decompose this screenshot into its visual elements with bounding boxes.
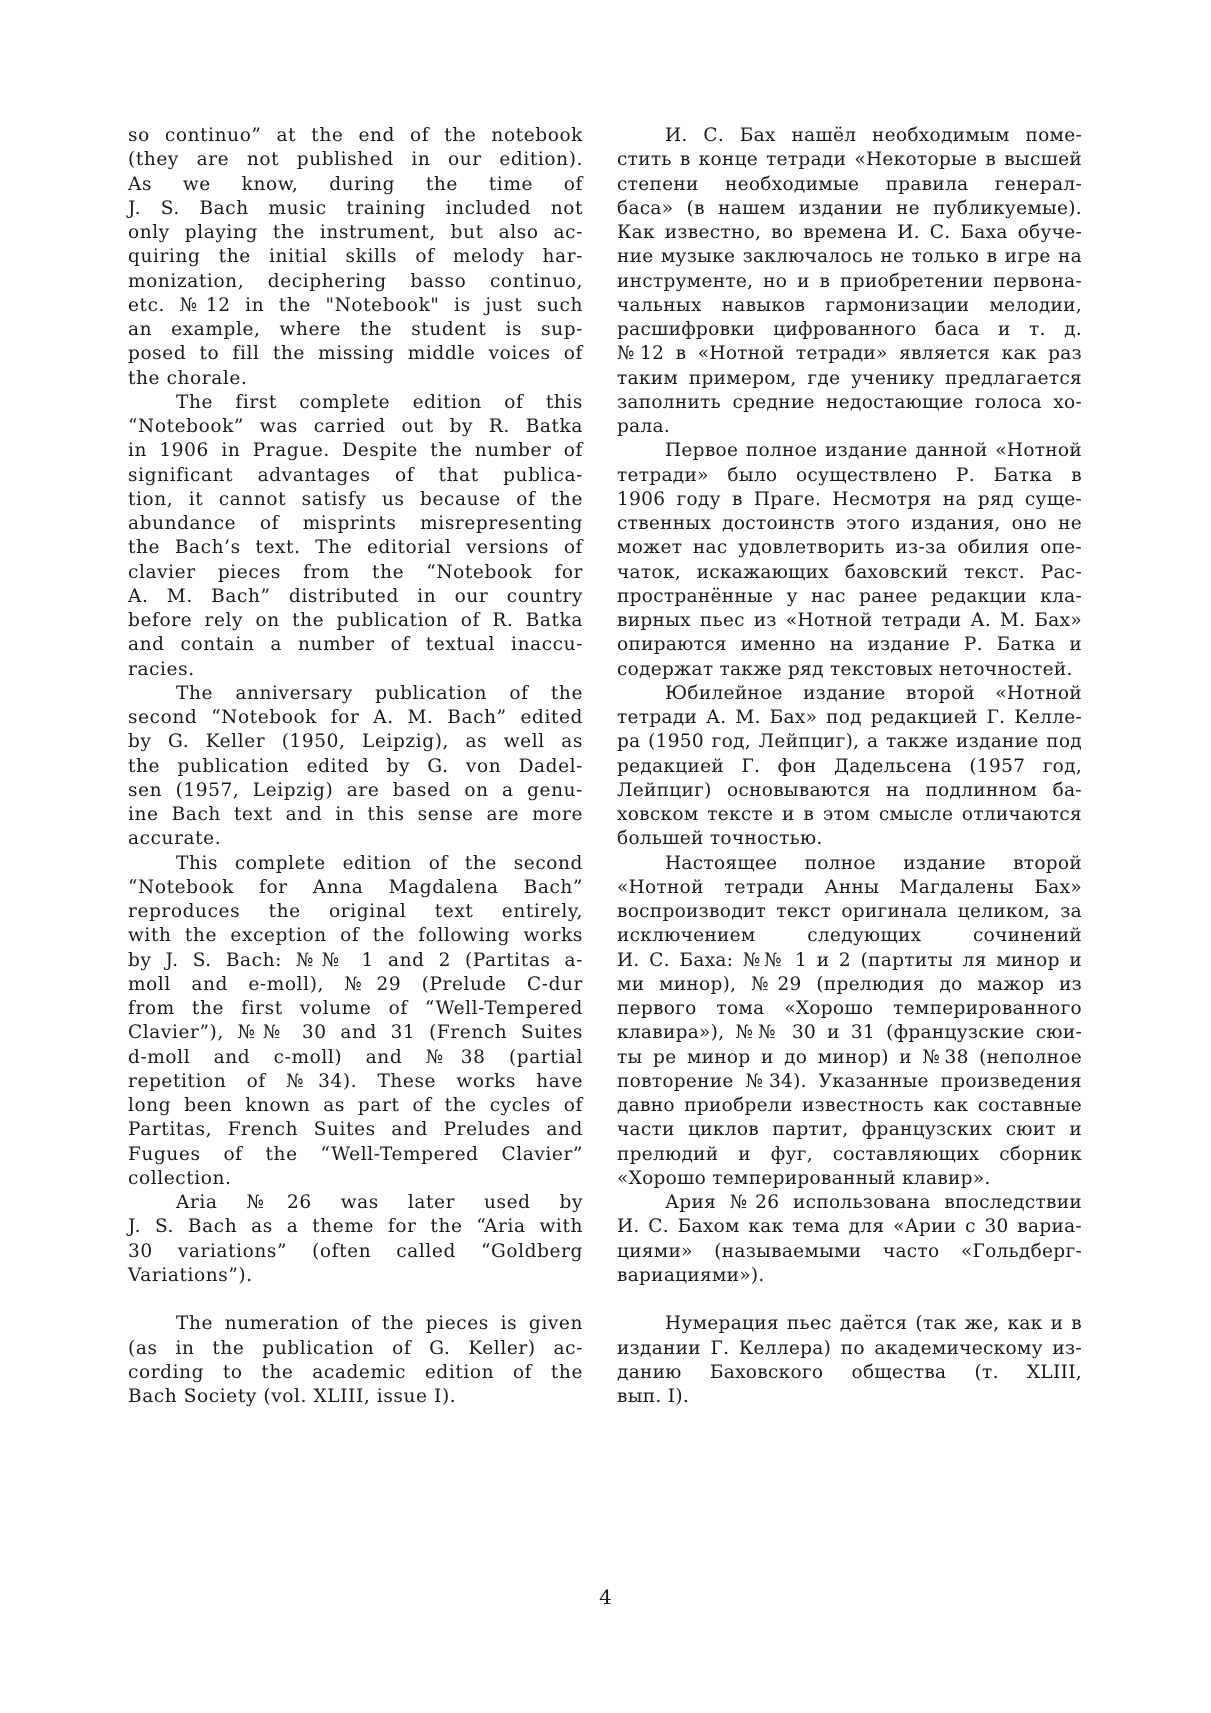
text-line: in 1906 in Prague. Despite the number of <box>128 439 583 463</box>
text-line: with the exception of the following work… <box>128 924 583 948</box>
text-line: чальных навыков гармонизации мелодии, <box>617 294 1082 318</box>
text-line: «Нотной тетради Анны Магдалены Бах» <box>617 876 1082 900</box>
page-number: 4 <box>0 1585 1211 1609</box>
text-line: данию Баховского общества (т. XLIII, <box>617 1361 1082 1385</box>
text-line: Первое полное издание данной «Нотной <box>617 439 1082 463</box>
text-line: clavier pieces from the “Notebook for <box>128 561 583 585</box>
text-line: И. С. Бах нашёл необходимым поме- <box>617 124 1082 148</box>
text-line: abundance of misprints misrepresenting <box>128 512 583 536</box>
text-line: significant advantages of that publica- <box>128 464 583 488</box>
text-line: repetition of №34). These works have <box>128 1070 583 1094</box>
text-line: Variations”). <box>128 1264 583 1288</box>
text-line: пространённые у нас ранее редакции кла- <box>617 585 1082 609</box>
text-line: давно приобрели известность как составны… <box>617 1094 1082 1118</box>
text-line: by J. S. Bach: №№ 1 and 2 (Partitas a- <box>128 949 583 973</box>
text-line: части циклов партит, французских сюит и <box>617 1118 1082 1142</box>
text-line: Ария №26 использована впоследствии <box>617 1191 1082 1215</box>
text-line: The anniversary publication of the <box>128 682 583 706</box>
text-line: the chorale. <box>128 367 583 391</box>
text-line: вариациями»). <box>617 1264 1082 1288</box>
text-line: «Хорошо темперированный клавир». <box>617 1167 1082 1191</box>
text-line: Bach Society (vol. XLIII, issue I). <box>128 1385 583 1409</box>
text-line: by G. Keller (1950, Leipzig), as well as <box>128 730 583 754</box>
text-line: редакцией Г. фон Дадельсена (1957 год, <box>617 755 1082 779</box>
text-line: reproduces the original text entirely, <box>128 900 583 924</box>
text-line: ты ре минор и до минор) и №38 (неполное <box>617 1046 1082 1070</box>
document-page: so continuo” at the end of the notebook(… <box>0 0 1211 1713</box>
text-line: ра (1950 год, Лейпциг), а также издание … <box>617 730 1082 754</box>
text-line: cording to the academic edition of the <box>128 1361 583 1385</box>
text-line: an example, where the student is sup- <box>128 318 583 342</box>
paragraph-gap <box>128 1288 583 1312</box>
text-line: ние музыке заключалось не только в игре … <box>617 245 1082 269</box>
text-line: the publication edited by G. von Dadel- <box>128 755 583 779</box>
text-line: Clavier”), №№ 30 and 31 (French Suites <box>128 1021 583 1045</box>
text-line: second “Notebook for A. M. Bach” edited <box>128 706 583 730</box>
text-line: As we know, during the time of <box>128 173 583 197</box>
text-line: “Notebook for Anna Magdalena Bach” <box>128 876 583 900</box>
text-line: клавира»), №№ 30 и 31 (французские сюи- <box>617 1021 1082 1045</box>
text-line: tion, it cannot satisfy us because of th… <box>128 488 583 512</box>
text-line: quiring the initial skills of melody har… <box>128 245 583 269</box>
text-line: исключением следующих сочинений <box>617 924 1082 948</box>
text-line: 30 variations” (often called “Goldberg <box>128 1240 583 1264</box>
text-line: and contain a number of textual inaccu- <box>128 633 583 657</box>
english-text-column: so continuo” at the end of the notebook(… <box>128 124 583 1409</box>
text-line: only playing the instrument, but also ac… <box>128 221 583 245</box>
text-line: издании Г. Келлера) по академическому из… <box>617 1337 1082 1361</box>
text-line: рала. <box>617 415 1082 439</box>
text-line: опираются именно на издание Р. Батка и <box>617 633 1082 657</box>
text-line: может нас удовлетворить из-за обилия опе… <box>617 536 1082 560</box>
text-line: стить в конце тетради «Некоторые в высше… <box>617 148 1082 172</box>
text-line: расшифровки цифрованного баса и т. д. <box>617 318 1082 342</box>
text-line: d-moll and c-moll) and №38 (partial <box>128 1046 583 1070</box>
text-line: racies. <box>128 658 583 682</box>
text-line: таким примером, где ученику предлагается <box>617 367 1082 391</box>
text-line: Fugues of the “Well-Tempered Clavier” <box>128 1143 583 1167</box>
text-line: sen (1957, Leipzig) are based on a genu- <box>128 779 583 803</box>
text-line: collection. <box>128 1167 583 1191</box>
text-line: тетради» было осуществлено Р. Батка в <box>617 464 1082 488</box>
text-line: воспроизводит текст оригинала целиком, з… <box>617 900 1082 924</box>
text-line: etc. №12 in the "Notebook" is just such <box>128 294 583 318</box>
text-line: большей точностью. <box>617 827 1082 851</box>
text-line: вирных пьес из «Нотной тетради А. М. Бах… <box>617 609 1082 633</box>
text-line: содержат также ряд текстовых неточностей… <box>617 658 1082 682</box>
text-line: И. С. Баха: №№ 1 и 2 (партиты ля минор и <box>617 949 1082 973</box>
text-line: циями» (называемыми часто «Гольдберг- <box>617 1240 1082 1264</box>
text-line: чаток, искажающих баховский текст. Рас- <box>617 561 1082 585</box>
text-line: баса» (в нашем издании не публикуемые). <box>617 197 1082 221</box>
text-line: This complete edition of the second <box>128 852 583 876</box>
text-line: long been known as part of the cycles of <box>128 1094 583 1118</box>
text-line: Лейпциг) основываются на подлинном ба- <box>617 779 1082 803</box>
text-line: The numeration of the pieces is given <box>128 1312 583 1336</box>
text-line: so continuo” at the end of the notebook <box>128 124 583 148</box>
text-line: before rely on the publication of R. Bat… <box>128 609 583 633</box>
text-line: Как известно, во времена И. С. Баха обуч… <box>617 221 1082 245</box>
text-line: from the first volume of “Well-Tempered <box>128 997 583 1021</box>
text-line: №12 в «Нотной тетради» является как раз <box>617 342 1082 366</box>
text-line: вып. I). <box>617 1385 1082 1409</box>
text-line: 1906 году в Праге. Несмотря на ряд суще- <box>617 488 1082 512</box>
text-line: И. С. Бахом как тема для «Арии с 30 вари… <box>617 1215 1082 1239</box>
text-line: ми минор), №29 (прелюдия до мажор из <box>617 973 1082 997</box>
text-line: повторение №34). Указанные произведения <box>617 1070 1082 1094</box>
text-line: monization, deciphering basso continuo, <box>128 270 583 294</box>
text-line: J. S. Bach as a theme for the “Aria with <box>128 1215 583 1239</box>
text-line: Настоящее полное издание второй <box>617 852 1082 876</box>
text-line: прелюдий и фуг, составляющих сборник <box>617 1143 1082 1167</box>
text-line: J. S. Bach music training included not <box>128 197 583 221</box>
text-line: Юбилейное издание второй «Нотной <box>617 682 1082 706</box>
text-line: the Bach’s text. The editorial versions … <box>128 536 583 560</box>
text-line: тетради А. М. Бах» под редакцией Г. Келл… <box>617 706 1082 730</box>
text-line: инструменте, но и в приобретении первона… <box>617 270 1082 294</box>
text-line: заполнить средние недостающие голоса хо- <box>617 391 1082 415</box>
text-line: moll and e-moll), №29 (Prelude C-dur <box>128 973 583 997</box>
text-line: accurate. <box>128 827 583 851</box>
text-line: Нумерация пьес даётся (так же, как и в <box>617 1312 1082 1336</box>
text-line: Partitas, French Suites and Preludes and <box>128 1118 583 1142</box>
text-line: A. M. Bach” distributed in our country <box>128 585 583 609</box>
text-line: posed to fill the missing middle voices … <box>128 342 583 366</box>
paragraph-gap <box>617 1288 1082 1312</box>
text-line: (they are not published in our edition). <box>128 148 583 172</box>
text-line: (as in the publication of G. Keller) ac- <box>128 1337 583 1361</box>
russian-text-column: И. С. Бах нашёл необходимым поме-стить в… <box>617 124 1082 1409</box>
text-line: The first complete edition of this <box>128 391 583 415</box>
text-line: первого тома «Хорошо темперированного <box>617 997 1082 1021</box>
text-line: “Notebook” was carried out by R. Batka <box>128 415 583 439</box>
text-line: ховском тексте и в этом смысле отличаютс… <box>617 803 1082 827</box>
text-line: ственных достоинств этого издания, оно н… <box>617 512 1082 536</box>
text-line: Aria №26 was later used by <box>128 1191 583 1215</box>
text-line: ine Bach text and in this sense are more <box>128 803 583 827</box>
text-line: степени необходимые правила генерал- <box>617 173 1082 197</box>
